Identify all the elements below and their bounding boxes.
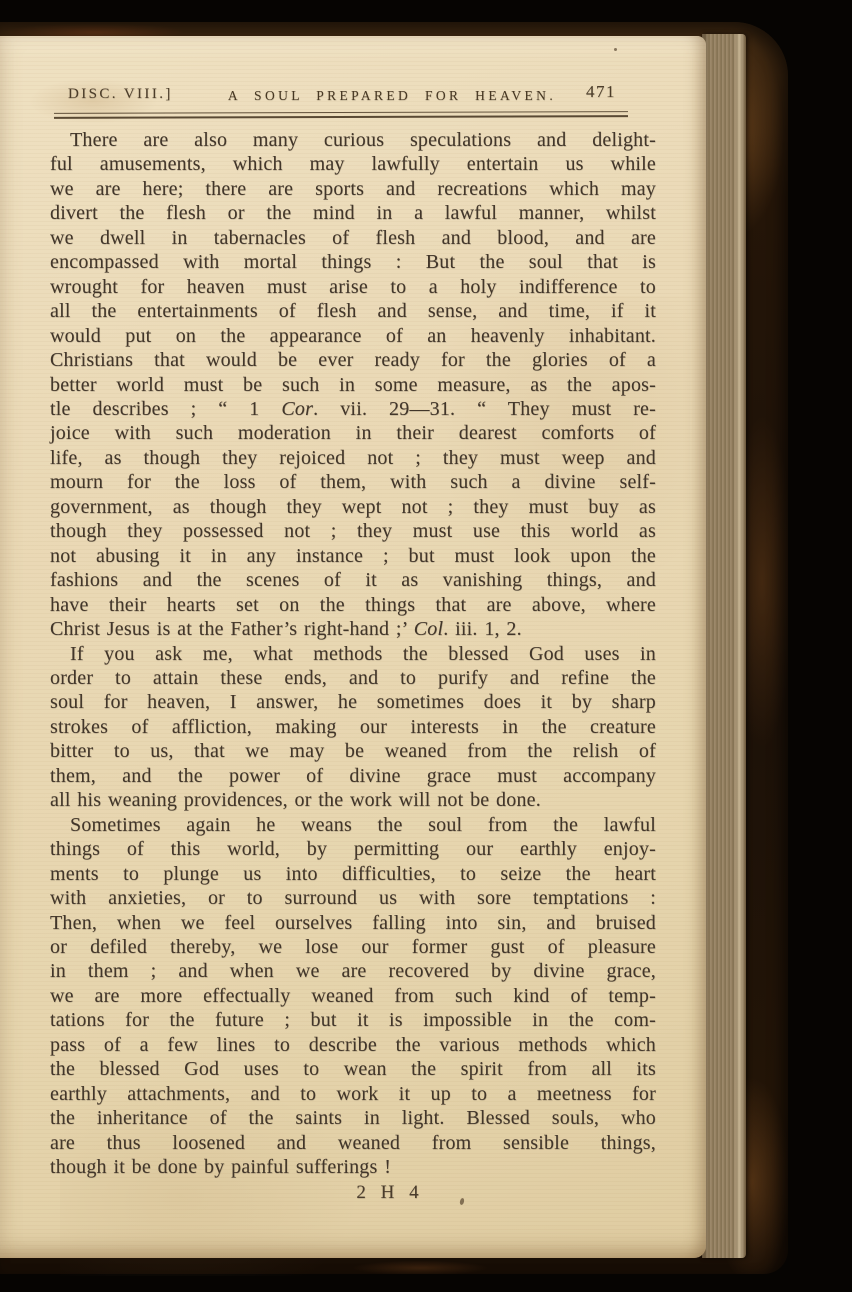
text-line: wrought for heaven must arise to a holy … xyxy=(50,275,656,299)
header-double-rule xyxy=(54,111,628,119)
header-discourse-label: DISC. VIII.] xyxy=(68,86,173,103)
text-line: have their hearts set on the things that… xyxy=(50,593,656,617)
text-line: ful amusements, which may lawfully enter… xyxy=(50,152,656,176)
text-line: order to attain these ends, and to purif… xyxy=(50,666,656,690)
text-line: fashions and the scenes of it as vanishi… xyxy=(50,568,656,592)
text-line: though they possessed not ; they must us… xyxy=(50,519,656,543)
text-line: government, as though they wept not ; th… xyxy=(50,495,656,519)
text-line: There are also many curious speculations… xyxy=(50,128,656,152)
text-line: in them ; and when we are recovered by d… xyxy=(50,959,656,983)
text-line: things of this world, by permitting our … xyxy=(50,837,656,861)
text-line: all the entertainments of flesh and sens… xyxy=(50,299,656,323)
paragraph: Sometimes again he weans the soul from t… xyxy=(50,813,656,1180)
signature-mark: 2 H 4 xyxy=(356,1182,423,1204)
book-page: DISC. VIII.] A SOUL PREPARED FOR HEAVEN.… xyxy=(0,36,706,1258)
text-line: ments to plunge us into difficulties, to… xyxy=(50,862,656,886)
text-line: earthly attachments, and to work it up t… xyxy=(50,1082,656,1106)
paragraph: There are also many curious speculations… xyxy=(50,128,656,642)
text-line: encompassed with mortal things : But the… xyxy=(50,250,656,274)
ink-speck xyxy=(614,48,617,51)
paragraph: If you ask me, what methods the blessed … xyxy=(50,642,656,813)
text-line: soul for heaven, I answer, he sometimes … xyxy=(50,690,656,714)
text-line: pass of a few lines to describe the vari… xyxy=(50,1033,656,1057)
text-line: we are more effectually weaned from such… xyxy=(50,984,656,1008)
text-line: them, and the power of divine grace must… xyxy=(50,764,656,788)
text-line: Christians that would be ever ready for … xyxy=(50,348,656,372)
text-line: all his weaning providences, or the work… xyxy=(50,788,656,812)
text-line: Christ Jesus is at the Father’s right-ha… xyxy=(50,617,656,641)
scanned-book-photo: DISC. VIII.] A SOUL PREPARED FOR HEAVEN.… xyxy=(0,0,852,1292)
text-line: tations for the future ; but it is impos… xyxy=(50,1008,656,1032)
text-line: we are here; there are sports and recrea… xyxy=(50,177,656,201)
text-line: the blessed God uses to wean the spirit … xyxy=(50,1057,656,1081)
text-line: Sometimes again he weans the soul from t… xyxy=(50,813,656,837)
ink-speck xyxy=(459,1198,465,1206)
text-line: If you ask me, what methods the blessed … xyxy=(50,642,656,666)
text-line: strokes of affliction, making our intere… xyxy=(50,715,656,739)
text-line: bitter to us, that we may be weaned from… xyxy=(50,739,656,763)
text-line: would put on the appearance of an heaven… xyxy=(50,324,656,348)
text-line: divert the flesh or the mind in a lawful… xyxy=(50,201,656,225)
body-text: There are also many curious speculations… xyxy=(50,128,656,1179)
text-line: not abusing it in any instance ; but mus… xyxy=(50,544,656,568)
page-block-fore-edge xyxy=(702,34,746,1258)
header-running-title: A SOUL PREPARED FOR HEAVEN. xyxy=(228,88,556,104)
text-line: we dwell in tabernacles of flesh and blo… xyxy=(50,226,656,250)
text-line: though it be done by painful sufferings … xyxy=(50,1155,656,1179)
text-line: or defiled thereby, we lose our former g… xyxy=(50,935,656,959)
text-line: mourn for the loss of them, with such a … xyxy=(50,470,656,494)
header-page-number: 471 xyxy=(586,82,616,102)
text-line: better world must be such in some measur… xyxy=(50,373,656,397)
text-line: Then, when we feel ourselves falling int… xyxy=(50,911,656,935)
text-line: life, as though they rejoiced not ; they… xyxy=(50,446,656,470)
text-line: tle describes ; “ 1 Cor. vii. 29—31. “ T… xyxy=(50,397,656,421)
text-line: with anxieties, or to surround us with s… xyxy=(50,886,656,910)
text-line: the inheritance of the saints in light. … xyxy=(50,1106,656,1130)
text-line: joice with such moderation in their dear… xyxy=(50,421,656,445)
text-line: are thus loosened and weaned from sensib… xyxy=(50,1131,656,1155)
